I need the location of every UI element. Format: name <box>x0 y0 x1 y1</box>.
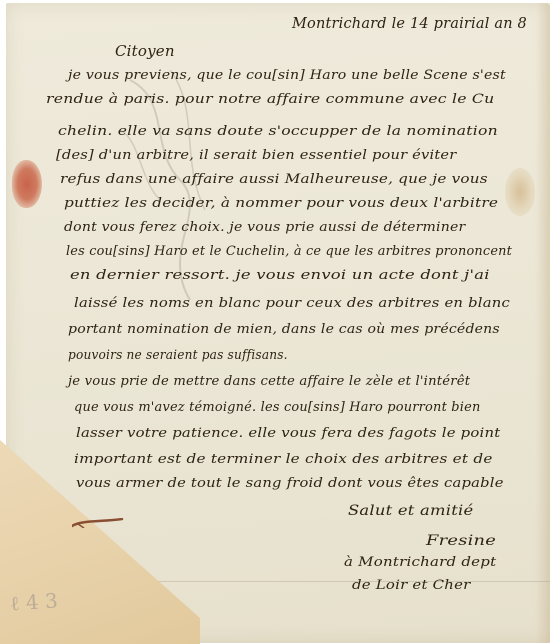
body-line: lasser votre patience. elle vous fera de… <box>76 426 500 441</box>
signature-department: de Loir et Cher <box>352 578 470 593</box>
body-line: je vous prie de mettre dans cette affair… <box>68 374 470 389</box>
body-line: vous armer de tout le sang froid dont vo… <box>76 476 504 491</box>
body-line: laissé les noms en blanc pour ceux des a… <box>74 296 510 311</box>
body-line: en dernier ressort. je vous envoi un act… <box>70 268 490 283</box>
body-line: dont vous ferez choix. je vous prie auss… <box>64 220 465 235</box>
pencil-notation: ℓ 4 3 <box>9 588 58 616</box>
place-date-line: Montrichard le 14 prairial an 8 <box>292 14 527 32</box>
signature-name: Fresine <box>426 533 496 549</box>
foxing-stain <box>505 168 535 216</box>
body-line: pouvoirs ne seraient pas suffisans. <box>68 348 288 363</box>
body-line: les cou[sins] Haro et le Cuchelin, à ce … <box>66 244 512 259</box>
salutation: Citoyen <box>115 42 175 60</box>
body-line: refus dans une affaire aussi Malheureuse… <box>60 172 488 187</box>
body-line: je vous previens, que le cou[sin] Haro u… <box>68 68 506 83</box>
body-line: rendue à paris. pour notre affaire commu… <box>46 92 494 107</box>
paper-edge-shading <box>536 3 550 643</box>
signature-place: à Montrichard dept <box>344 555 496 570</box>
red-wax-stain <box>12 160 42 208</box>
body-line: portant nomination de mien, dans le cas … <box>68 322 500 337</box>
body-line: que vous m'avez témoigné. les cou[sins] … <box>74 400 480 415</box>
closing-salutation: Salut et amitié <box>348 503 473 519</box>
body-line: chelin. elle va sans doute s'occupper de… <box>58 124 498 139</box>
body-line: important est de terminer le choix des a… <box>74 452 493 467</box>
body-line: [des] d'un arbitre, il serait bien essen… <box>56 148 456 163</box>
body-line: puttiez les decider, à nommer pour vous … <box>64 196 498 211</box>
